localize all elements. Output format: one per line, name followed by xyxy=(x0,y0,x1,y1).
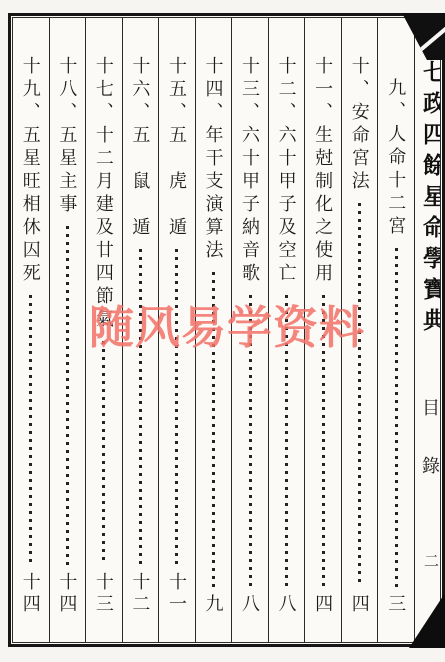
entry-title: 十、安命宮法 xyxy=(351,56,369,194)
entry-page-number: 十二 xyxy=(131,572,149,616)
toc-entry-15: 十五、五 虎 遁 十一 xyxy=(159,18,196,642)
dot-leader xyxy=(358,203,361,587)
entry-page-number: 十一 xyxy=(168,572,186,616)
toc-columns: 十九、五星旺相休囚死 十四 十八、五星主事 十四 十七、十二月建及廿四節氣 十三… xyxy=(13,18,440,642)
entry-title: 九、人命十二宮 xyxy=(387,78,405,239)
entry-title: 十二、六十甲子及空亡 xyxy=(278,56,296,286)
dot-leader xyxy=(322,295,325,587)
toc-entry-14: 十四、年干支演算法 九 xyxy=(196,18,233,642)
toc-entry-11: 十一、生尅制化之使用 四 xyxy=(305,18,342,642)
book-title-column: 七政四餘星命學寶典 目錄 二 xyxy=(415,18,440,642)
book-title: 七政四餘星命學寶典 xyxy=(421,60,440,339)
entry-page-number: 十三 xyxy=(95,572,113,616)
toc-entry-17: 十七、十二月建及廿四節氣 十三 xyxy=(86,18,123,642)
entry-title: 十六、五 鼠 遁 xyxy=(131,56,149,240)
entry-title: 十五、五 虎 遁 xyxy=(168,56,186,240)
entry-page-number: 八 xyxy=(241,594,259,616)
dot-leader xyxy=(139,249,142,565)
entry-title: 十七、十二月建及廿四節氣 xyxy=(95,56,113,332)
toc-entry-10: 十、安命宮法 四 xyxy=(342,18,379,642)
toc-entry-19: 十九、五星旺相休囚死 十四 xyxy=(13,18,50,642)
entry-title: 十八、五星主事 xyxy=(58,56,76,217)
entry-page-number: 四 xyxy=(314,594,332,616)
entry-page-number: 九 xyxy=(205,594,223,616)
toc-entry-12: 十二、六十甲子及空亡 八 xyxy=(269,18,306,642)
dot-leader xyxy=(102,341,105,565)
folio-number: 二 xyxy=(422,553,437,568)
entry-title: 十三、六十甲子納音歌 xyxy=(241,56,259,286)
dot-leader xyxy=(212,272,215,587)
dot-leader xyxy=(66,226,69,565)
toc-entry-13: 十三、六十甲子納音歌 八 xyxy=(232,18,269,642)
entry-page-number: 十四 xyxy=(22,572,40,616)
toc-entry-18: 十八、五星主事 十四 xyxy=(50,18,87,642)
page-frame: 十九、五星旺相休囚死 十四 十八、五星主事 十四 十七、十二月建及廿四節氣 十三… xyxy=(8,13,445,647)
entry-page-number: 四 xyxy=(351,594,369,616)
entry-title: 十四、年干支演算法 xyxy=(205,56,223,263)
toc-entry-9: 九、人命十二宮 三 xyxy=(378,18,415,642)
scanned-book-page: 十九、五星旺相休囚死 十四 十八、五星主事 十四 十七、十二月建及廿四節氣 十三… xyxy=(0,0,445,662)
dot-leader xyxy=(395,248,398,587)
dot-leader xyxy=(285,295,288,587)
toc-entry-16: 十六、五 鼠 遁 十二 xyxy=(123,18,160,642)
entry-page-number: 三 xyxy=(387,594,405,616)
section-label: 目錄 xyxy=(421,398,439,514)
dot-leader xyxy=(249,295,252,587)
dot-leader xyxy=(175,249,178,565)
dot-leader xyxy=(29,295,32,565)
entry-title: 十一、生尅制化之使用 xyxy=(314,56,332,286)
entry-page-number: 十四 xyxy=(58,572,76,616)
entry-title: 十九、五星旺相休囚死 xyxy=(22,56,40,286)
entry-page-number: 八 xyxy=(278,594,296,616)
